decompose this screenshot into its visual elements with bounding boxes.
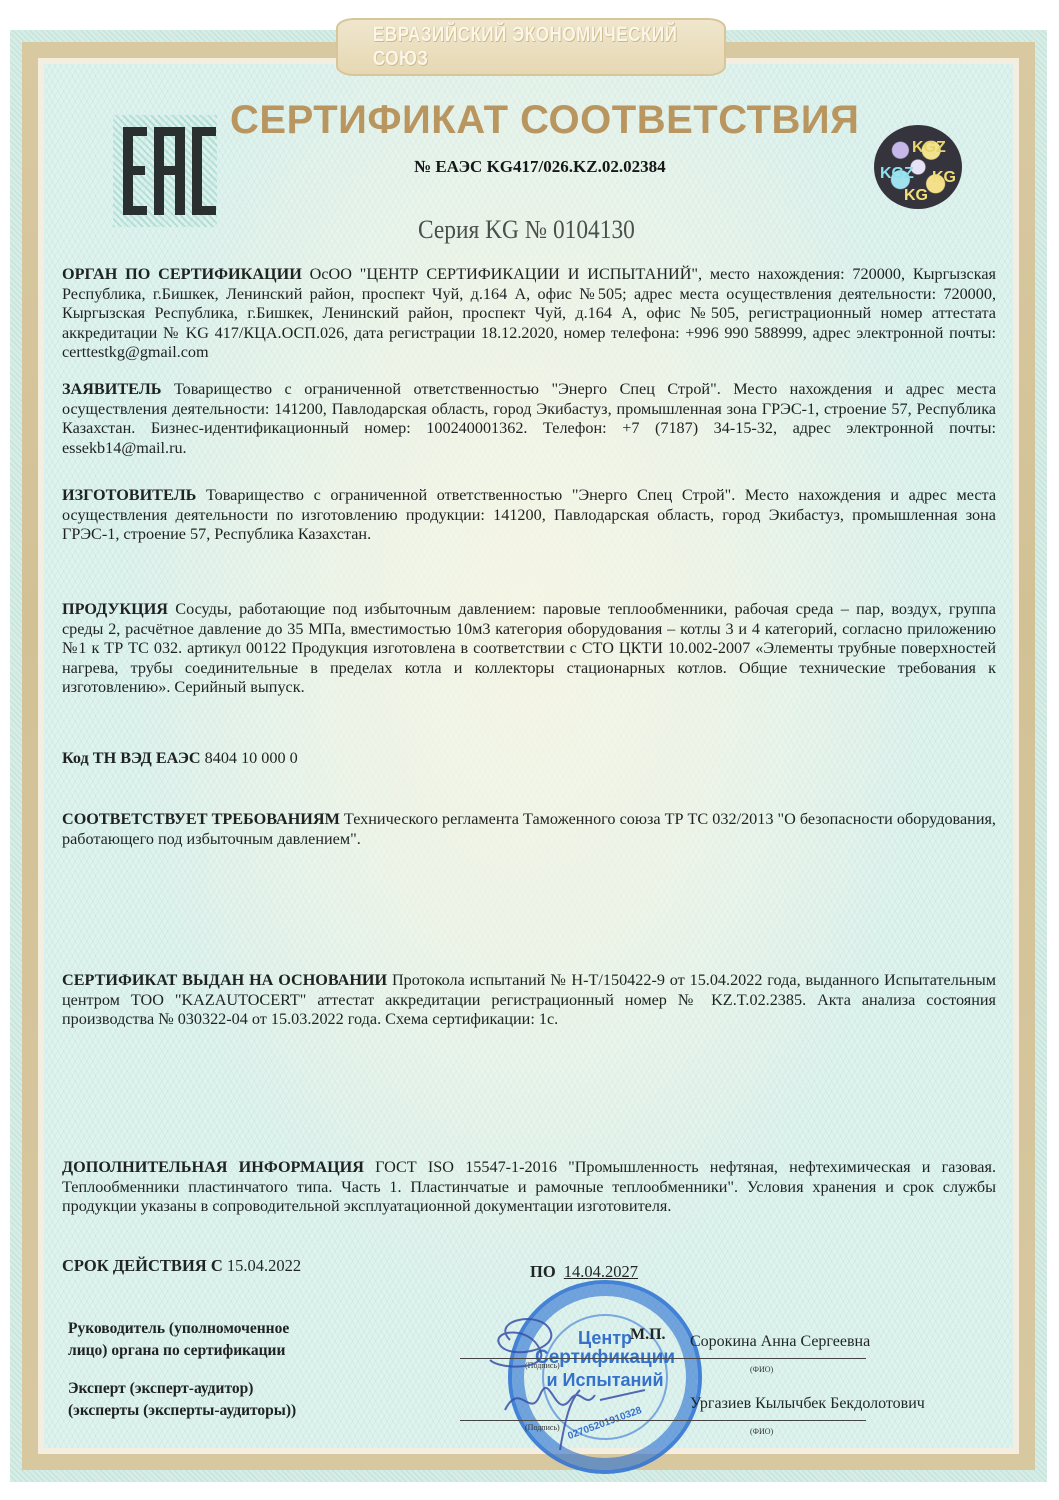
section-label: ДОПОЛНИТЕЛЬНАЯ ИНФОРМАЦИЯ	[62, 1158, 364, 1176]
validity-to: ПО 14.04.2027	[530, 1262, 638, 1282]
name-caption: (ФИО)	[750, 1365, 773, 1374]
head-name: Сорокина Анна Сергеевна	[690, 1333, 870, 1351]
eac-logo-icon	[113, 115, 217, 227]
section-text: 8404 10 000 0	[201, 749, 298, 767]
section-label: ПРОДУКЦИЯ	[62, 600, 168, 618]
section-label: СООТВЕТСТВУЕТ ТРЕБОВАНИЯМ	[62, 810, 340, 828]
head-label: Руководитель (уполномоченное лицо) орган…	[68, 1318, 289, 1362]
validity-to-date: 14.04.2027	[564, 1262, 638, 1281]
section-conformity: СООТВЕТСТВУЕТ ТРЕБОВАНИЯМ Технического р…	[62, 810, 996, 849]
section-manufacturer: ИЗГОТОВИТЕЛЬ Товарищество с ограниченной…	[62, 486, 996, 545]
union-banner-text: ЕВРАЗИЙСКИЙ ЭКОНОМИЧЕСКИЙ СОЮЗ	[373, 23, 690, 71]
handwritten-signature-icon	[470, 1300, 660, 1470]
eurasian-union-banner: ЕВРАЗИЙСКИЙ ЭКОНОМИЧЕСКИЙ СОЮЗ	[336, 18, 726, 76]
section-text: Товарищество с ограниченной ответственно…	[62, 486, 996, 543]
hologram-sticker-icon: KGZ KGZ KG KG	[874, 125, 962, 209]
section-label: ЗАЯВИТЕЛЬ	[62, 380, 161, 398]
section-applicant: ЗАЯВИТЕЛЬ Товарищество с ограниченной от…	[62, 380, 996, 458]
section-hs-code: Код ТН ВЭД ЕАЭС 8404 10 000 0	[62, 749, 996, 769]
section-label: ОРГАН ПО СЕРТИФИКАЦИИ	[62, 265, 302, 283]
section-label: Код ТН ВЭД ЕАЭС	[62, 749, 201, 767]
expert-name: Ургазиев Кылычбек Бекдолотович	[690, 1395, 925, 1413]
name-caption: (ФИО)	[750, 1427, 773, 1436]
series-number: Серия KG № 0104130	[418, 215, 635, 245]
section-product: ПРОДУКЦИЯ Сосуды, работающие под избыточ…	[62, 600, 996, 698]
section-text: Товарищество с ограниченной ответственно…	[62, 380, 996, 457]
section-label: СЕРТИФИКАТ ВЫДАН НА ОСНОВАНИИ	[62, 971, 387, 989]
section-basis: СЕРТИФИКАТ ВЫДАН НА ОСНОВАНИИ Протокола …	[62, 971, 996, 1030]
certificate-title: СЕРТИФИКАТ СООТВЕТСТВИЯ	[230, 98, 850, 143]
section-additional-info: ДОПОЛНИТЕЛЬНАЯ ИНФОРМАЦИЯ ГОСТ ISO 15547…	[62, 1158, 996, 1217]
validity-from: СРОК ДЕЙСТВИЯ С 15.04.2022	[62, 1256, 301, 1276]
certificate-number: № ЕАЭС KG417/026.KZ.02.02384	[414, 157, 666, 177]
section-certification-body: ОРГАН ПО СЕРТИФИКАЦИИ ОсОО "ЦЕНТР СЕРТИФ…	[62, 265, 996, 363]
validity-to-label: ПО	[530, 1262, 556, 1281]
section-text: Сосуды, работающие под избыточным давлен…	[62, 600, 996, 696]
validity-from-label: СРОК ДЕЙСТВИЯ С	[62, 1256, 223, 1275]
section-label: ИЗГОТОВИТЕЛЬ	[62, 486, 196, 504]
expert-label: Эксперт (эксперт-аудитор) (эксперты (экс…	[68, 1378, 296, 1422]
validity-from-date: 15.04.2022	[227, 1256, 301, 1275]
